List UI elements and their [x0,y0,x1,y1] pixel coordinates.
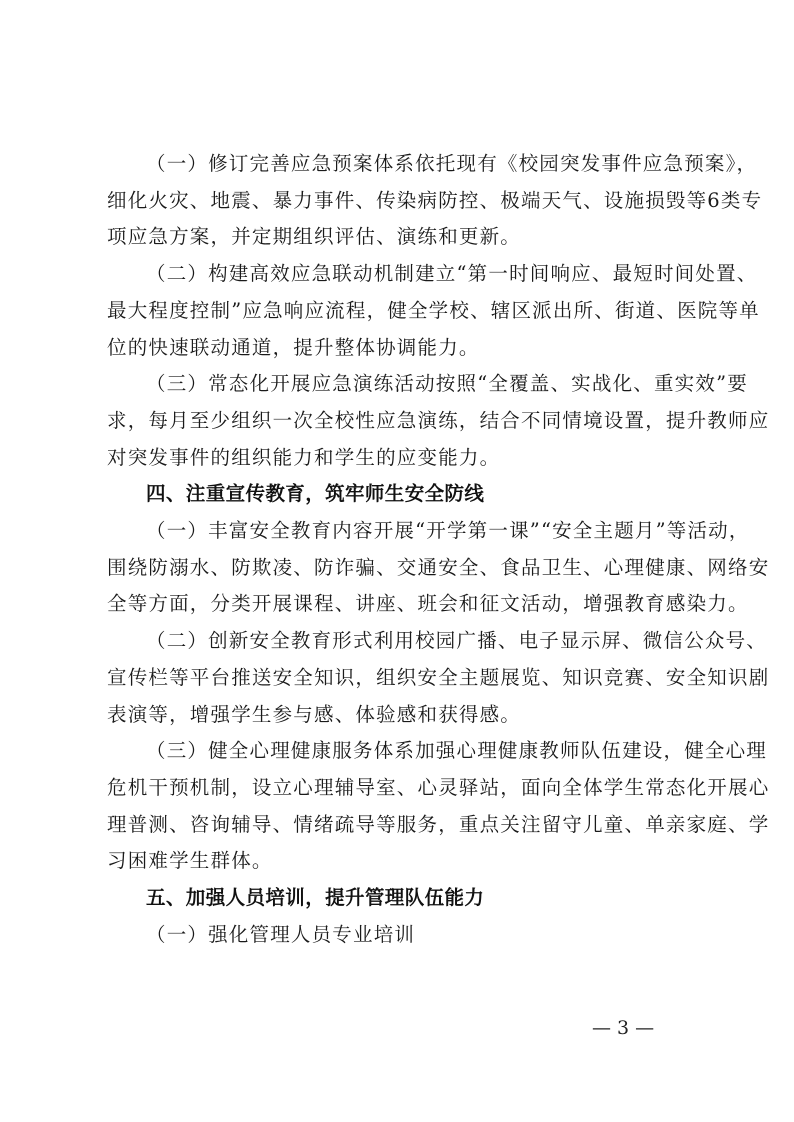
page-number: — 3 — [592,1017,654,1039]
paragraph-linkage-mechanism: （二）构建高效应急联动机制建立“第一时间响应、最短时间处置、 最大程度控制”应急… [107,256,699,366]
document-page: （一）修订完善应急预案体系依托现有《校园突发事件应急预案》， 细化火灾、地震、暴… [0,0,794,1122]
document-body: （一）修订完善应急预案体系依托现有《校园突发事件应急预案》， 细化火灾、地震、暴… [107,146,699,953]
paragraph-line: （二）创新安全教育形式利用校园广播、电子显示屏、微信公众号、 [107,623,699,660]
section-heading-5: 五、加强人员培训，提升管理队伍能力 [107,880,699,917]
paragraph-line: （一）强化管理人员专业培训 [107,917,699,954]
paragraph-line: 宣传栏等平台推送安全知识，组织安全主题展览、知识竞赛、安全知识剧 [107,660,699,697]
paragraph-line: （三）健全心理健康服务体系加强心理健康教师队伍建设，健全心理 [107,733,699,770]
paragraph-line: 全等方面，分类开展课程、讲座、班会和征文活动，增强教育感染力。 [107,586,699,623]
paragraph-line: 位的快速联动通道，提升整体协调能力。 [107,330,699,367]
paragraph-line: 危机干预机制，设立心理辅导室、心灵驿站，面向全体学生常态化开展心 [107,770,699,807]
paragraph-line: 围绕防溺水、防欺凌、防诈骗、交通安全、食品卫生、心理健康、网络安 [107,550,699,587]
paragraph-line: 最大程度控制”应急响应流程，健全学校、辖区派出所、街道、医院等单 [107,293,699,330]
paragraph-line: 习困难学生群体。 [107,843,699,880]
paragraph-line: 理普测、咨询辅导、情绪疏导等服务，重点关注留守儿童、单亲家庭、学 [107,807,699,844]
section-heading-4: 四、注重宣传教育，筑牢师生安全防线 [107,476,699,513]
paragraph-line: （一）修订完善应急预案体系依托现有《校园突发事件应急预案》， [107,146,699,183]
paragraph-line: 对突发事件的组织能力和学生的应变能力。 [107,440,699,477]
paragraph-line: （三）常态化开展应急演练活动按照“全覆盖、实战化、重实效”要 [107,366,699,403]
paragraph-line: 表演等，增强学生参与感、体验感和获得感。 [107,697,699,734]
paragraph-line: （二）构建高效应急联动机制建立“第一时间响应、最短时间处置、 [107,256,699,293]
paragraph-mental-health: （三）健全心理健康服务体系加强心理健康教师队伍建设，健全心理 危机干预机制，设立… [107,733,699,880]
paragraph-line: 项应急方案，并定期组织评估、演练和更新。 [107,219,699,256]
paragraph-emergency-drills: （三）常态化开展应急演练活动按照“全覆盖、实战化、重实效”要 求，每月至少组织一… [107,366,699,476]
paragraph-line: 求，每月至少组织一次全校性应急演练，结合不同情境设置，提升教师应 [107,403,699,440]
paragraph-line: 细化火灾、地震、暴力事件、传染病防控、极端天气、设施损毁等6类专 [107,183,699,220]
paragraph-emergency-plan: （一）修订完善应急预案体系依托现有《校园突发事件应急预案》， 细化火灾、地震、暴… [107,146,699,256]
paragraph-education-content: （一）丰富安全教育内容开展“开学第一课”“安全主题月”等活动， 围绕防溺水、防欺… [107,513,699,623]
paragraph-management-training: （一）强化管理人员专业培训 [107,917,699,954]
paragraph-education-forms: （二）创新安全教育形式利用校园广播、电子显示屏、微信公众号、 宣传栏等平台推送安… [107,623,699,733]
paragraph-line: （一）丰富安全教育内容开展“开学第一课”“安全主题月”等活动， [107,513,699,550]
